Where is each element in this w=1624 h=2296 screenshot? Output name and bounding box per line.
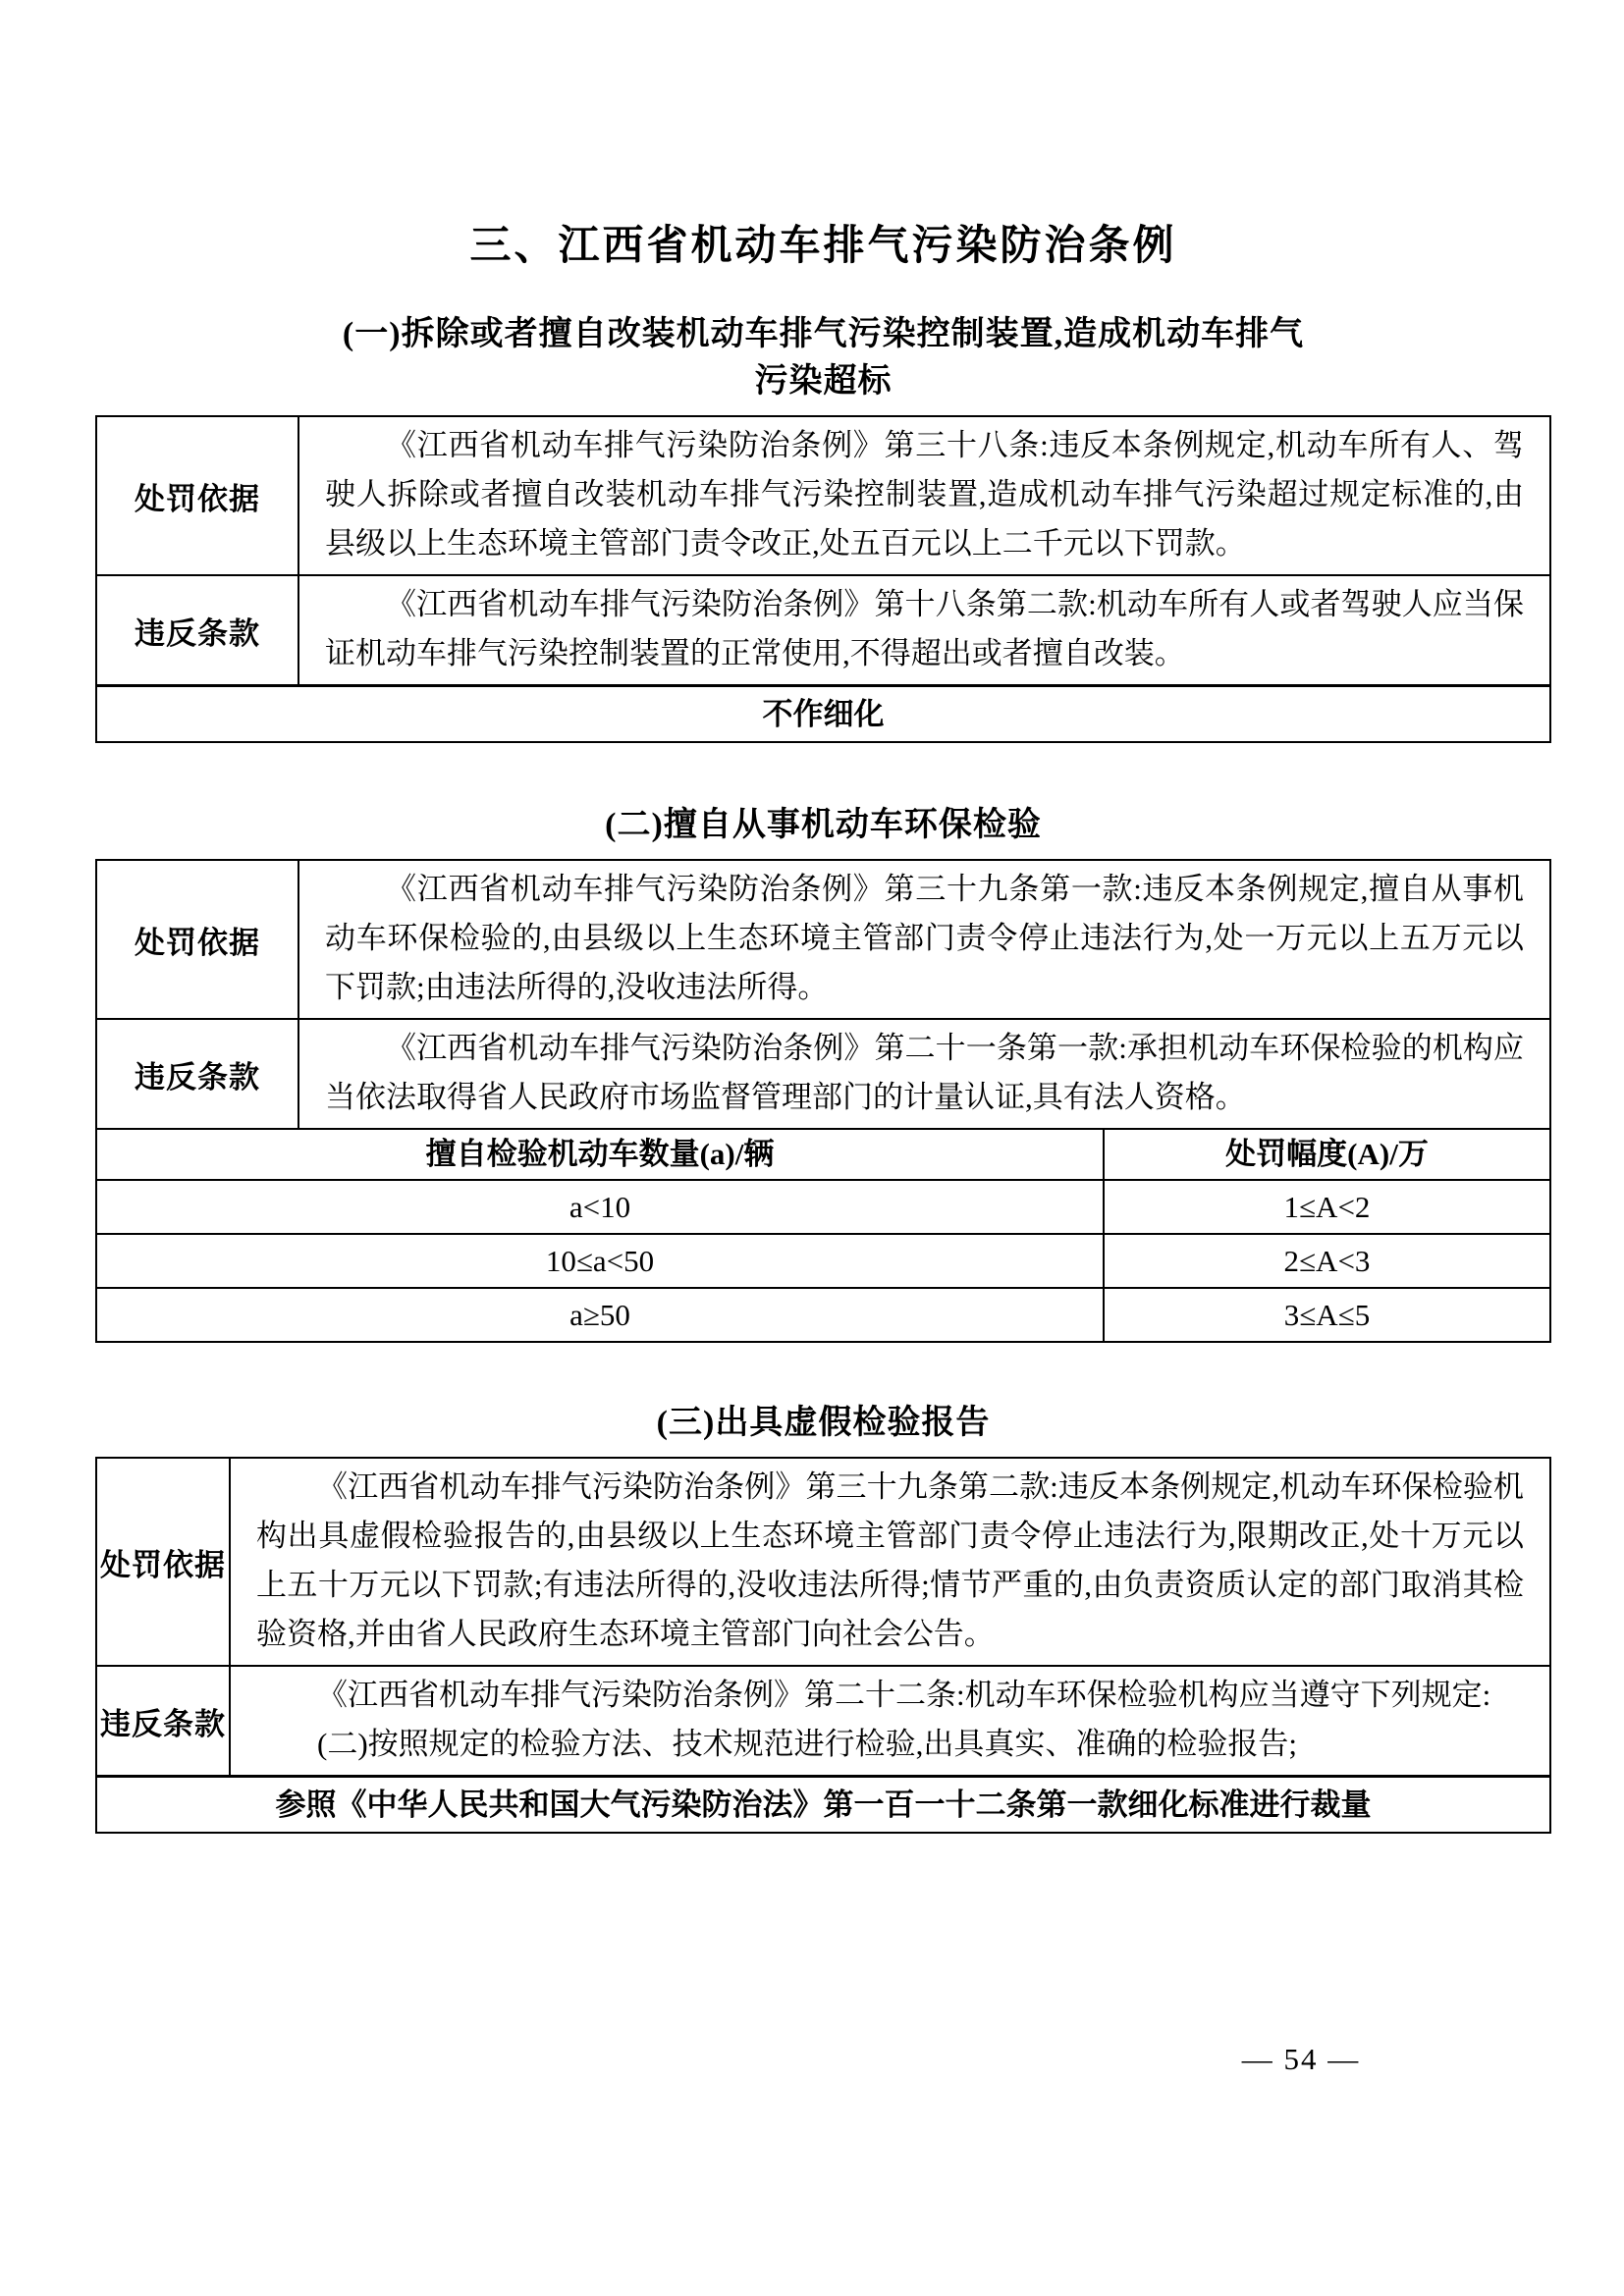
row-content-paragraph: 《江西省机动车排气污染防治条例》第二十一条第一款:承担机动车环保检验的机构应当依… xyxy=(325,1024,1524,1122)
row-label: 违反条款 xyxy=(97,1020,299,1128)
table-footer-note: 参照《中华人民共和国大气污染防治法》第一百一十二条第一款细化标准进行裁量 xyxy=(97,1775,1549,1832)
row-content-paragraph: 《江西省机动车排气污染防治条例》第十八条第二款:机动车所有人或者驾驶人应当保证机… xyxy=(325,580,1524,678)
subtable-header-quantity: 擅自检验机动车数量(a)/辆 xyxy=(97,1130,1105,1179)
row-content: 《江西省机动车排气污染防治条例》第三十八条:违反本条例规定,机动车所有人、驾驶人… xyxy=(299,417,1549,574)
document-page: 三、江西省机动车排气污染防治条例 (一)拆除或者擅自改装机动车排气污染控制装置,… xyxy=(0,0,1624,2296)
section-3-heading: (三)出具虚假检验报告 xyxy=(95,1400,1551,1447)
table-row-penalty-basis: 处罚依据 《江西省机动车排气污染防治条例》第三十八条:违反本条例规定,机动车所有… xyxy=(97,417,1549,574)
row-label: 违反条款 xyxy=(97,576,299,684)
subtable-data-row: 10≤a<50 2≤A<3 xyxy=(97,1233,1549,1287)
row-content-paragraph: 《江西省机动车排气污染防治条例》第三十九条第一款:违反本条例规定,擅自从事机动车… xyxy=(325,865,1524,1012)
section-1-heading: (一)拆除或者擅自改装机动车排气污染控制装置,造成机动车排气 污染超标 xyxy=(95,311,1551,405)
section-2-table: 处罚依据 《江西省机动车排气污染防治条例》第三十九条第一款:违反本条例规定,擅自… xyxy=(95,859,1551,1343)
row-content: 《江西省机动车排气污染防治条例》第三十九条第一款:违反本条例规定,擅自从事机动车… xyxy=(299,861,1549,1018)
table-row-penalty-basis: 处罚依据 《江西省机动车排气污染防治条例》第三十九条第一款:违反本条例规定,擅自… xyxy=(97,861,1549,1018)
row-label: 处罚依据 xyxy=(97,861,299,1018)
row-content-paragraph: (二)按照规定的检验方法、技术规范进行检验,出具真实、准确的检验报告; xyxy=(256,1720,1524,1769)
row-content: 《江西省机动车排气污染防治条例》第三十九条第二款:违反本条例规定,机动车环保检验… xyxy=(231,1459,1549,1665)
subtable-cell-penalty: 3≤A≤5 xyxy=(1105,1289,1549,1341)
section-1-heading-line2: 污染超标 xyxy=(755,363,893,400)
row-content-paragraph: 《江西省机动车排气污染防治条例》第三十九条第二款:违反本条例规定,机动车环保检验… xyxy=(256,1463,1524,1659)
row-label: 处罚依据 xyxy=(97,417,299,574)
subtable-header-penalty-range: 处罚幅度(A)/万 xyxy=(1105,1130,1549,1179)
table-row-violated-clause: 违反条款 《江西省机动车排气污染防治条例》第十八条第二款:机动车所有人或者驾驶人… xyxy=(97,574,1549,684)
row-label: 处罚依据 xyxy=(97,1459,231,1665)
page-number: — 54 — xyxy=(1208,2042,1394,2077)
document-title: 三、江西省机动车排气污染防治条例 xyxy=(95,0,1551,272)
table-row-penalty-basis: 处罚依据 《江西省机动车排气污染防治条例》第三十九条第二款:违反本条例规定,机动… xyxy=(97,1459,1549,1665)
subtable-cell-quantity: a<10 xyxy=(97,1181,1105,1233)
subtable-data-row: a≥50 3≤A≤5 xyxy=(97,1287,1549,1341)
table-row-violated-clause: 违反条款 《江西省机动车排气污染防治条例》第二十一条第一款:承担机动车环保检验的… xyxy=(97,1018,1549,1128)
subtable-cell-penalty: 2≤A<3 xyxy=(1105,1235,1549,1287)
subtable-cell-quantity: 10≤a<50 xyxy=(97,1235,1105,1287)
table-footer-note: 不作细化 xyxy=(97,684,1549,741)
section-1-heading-line1: (一)拆除或者擅自改装机动车排气污染控制装置,造成机动车排气 xyxy=(343,316,1304,352)
row-content-paragraph: 《江西省机动车排气污染防治条例》第二十二条:机动车环保检验机构应当遵守下列规定: xyxy=(256,1671,1524,1720)
section-3-table: 处罚依据 《江西省机动车排气污染防治条例》第三十九条第二款:违反本条例规定,机动… xyxy=(95,1457,1551,1834)
subtable-data-row: a<10 1≤A<2 xyxy=(97,1179,1549,1233)
subtable-cell-penalty: 1≤A<2 xyxy=(1105,1181,1549,1233)
row-content: 《江西省机动车排气污染防治条例》第二十一条第一款:承担机动车环保检验的机构应当依… xyxy=(299,1020,1549,1128)
subtable-header-row: 擅自检验机动车数量(a)/辆 处罚幅度(A)/万 xyxy=(97,1128,1549,1179)
table-row-violated-clause: 违反条款 《江西省机动车排气污染防治条例》第二十二条:机动车环保检验机构应当遵守… xyxy=(97,1665,1549,1775)
row-content: 《江西省机动车排气污染防治条例》第十八条第二款:机动车所有人或者驾驶人应当保证机… xyxy=(299,576,1549,684)
row-label: 违反条款 xyxy=(97,1667,231,1775)
subtable-cell-quantity: a≥50 xyxy=(97,1289,1105,1341)
section-2-heading: (二)擅自从事机动车环保检验 xyxy=(95,802,1551,849)
row-content: 《江西省机动车排气污染防治条例》第二十二条:机动车环保检验机构应当遵守下列规定:… xyxy=(231,1667,1549,1775)
row-content-paragraph: 《江西省机动车排气污染防治条例》第三十八条:违反本条例规定,机动车所有人、驾驶人… xyxy=(325,421,1524,568)
section-1-table: 处罚依据 《江西省机动车排气污染防治条例》第三十八条:违反本条例规定,机动车所有… xyxy=(95,415,1551,743)
document-content: 三、江西省机动车排气污染防治条例 (一)拆除或者擅自改装机动车排气污染控制装置,… xyxy=(95,0,1551,1834)
